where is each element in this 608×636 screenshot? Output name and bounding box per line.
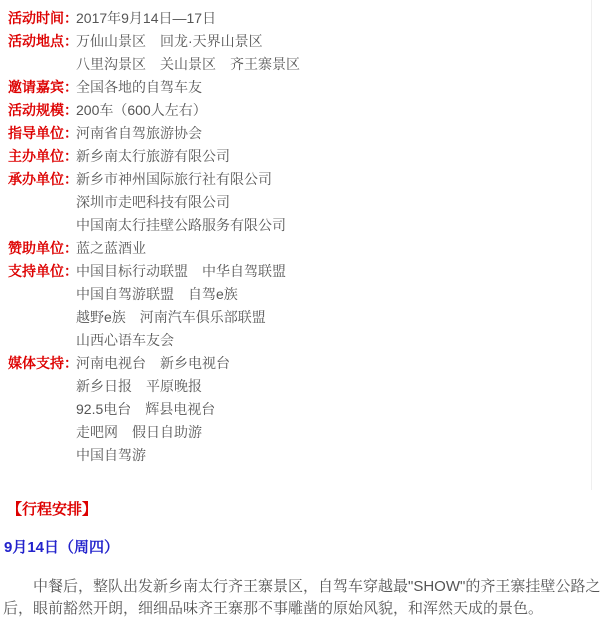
info-row: 走吧网 假日自助游 — [8, 421, 608, 444]
info-row-value: 新乡南太行旅游有限公司 — [76, 145, 230, 168]
info-row: 承办单位：新乡市神州国际旅行社有限公司 — [8, 168, 608, 191]
info-row: 活动规模：200车（600人左右） — [8, 99, 608, 122]
info-row-label: 活动时间： — [8, 7, 76, 30]
info-row: 赞助单位：蓝之蓝酒业 — [8, 237, 608, 260]
info-row-label: 指导单位： — [8, 122, 76, 145]
info-row: 中国自驾游 — [8, 444, 608, 467]
info-row-value: 河南省自驾旅游协会 — [76, 122, 202, 145]
day1-date-heading: 9月14日（周四） — [4, 538, 608, 558]
info-row-value: 中国南太行挂壁公路服务有限公司 — [76, 214, 286, 237]
info-row: 越野e族 河南汽车俱乐部联盟 — [8, 306, 608, 329]
info-row-value: 中国自驾游 — [76, 444, 146, 467]
info-row-value: 中国目标行动联盟 中华自驾联盟 — [76, 260, 286, 283]
info-row-value: 2017年9月14日—17日 — [76, 7, 216, 30]
info-row-label: 承办单位： — [8, 168, 76, 191]
info-row-value: 越野e族 河南汽车俱乐部联盟 — [76, 306, 266, 329]
event-info-list: 活动时间：2017年9月14日—17日活动地点：万仙山景区 回龙·天界山景区八里… — [0, 0, 608, 467]
info-row-value: 200车（600人左右） — [76, 99, 207, 122]
info-row: 山西心语车友会 — [8, 329, 608, 352]
info-row: 92.5电台 辉县电视台 — [8, 398, 608, 421]
itinerary-section-heading: 【行程安排】 — [7, 500, 608, 520]
info-row-value: 新乡日报 平原晚报 — [76, 375, 202, 398]
info-row-label: 邀请嘉宾： — [8, 76, 76, 99]
info-row: 邀请嘉宾：全国各地的自驾车友 — [8, 76, 608, 99]
day1-description-paragraph: 中餐后，整队出发新乡南太行齐王寨景区，自驾车穿越最"SHOW"的齐王寨挂壁公路之… — [0, 576, 608, 620]
info-row-value: 万仙山景区 回龙·天界山景区 — [76, 30, 263, 53]
info-row: 活动地点：万仙山景区 回龙·天界山景区 — [8, 30, 608, 53]
event-itinerary-page: 活动时间：2017年9月14日—17日活动地点：万仙山景区 回龙·天界山景区八里… — [0, 0, 608, 636]
info-row: 中国南太行挂壁公路服务有限公司 — [8, 214, 608, 237]
info-row-value: 中国自驾游联盟 自驾e族 — [76, 283, 238, 306]
info-row-value: 蓝之蓝酒业 — [76, 237, 146, 260]
info-row-value: 八里沟景区 关山景区 齐王寨景区 — [76, 53, 300, 76]
info-row-value: 山西心语车友会 — [76, 329, 174, 352]
info-row-value: 新乡市神州国际旅行社有限公司 — [76, 168, 272, 191]
info-row-label: 主办单位： — [8, 145, 76, 168]
info-row-value: 全国各地的自驾车友 — [76, 76, 202, 99]
info-row-value: 河南电视台 新乡电视台 — [76, 352, 230, 375]
info-row-label: 媒体支持： — [8, 352, 76, 375]
info-row: 活动时间：2017年9月14日—17日 — [8, 7, 608, 30]
info-row: 指导单位：河南省自驾旅游协会 — [8, 122, 608, 145]
right-border-line — [591, 0, 592, 490]
info-row-value: 走吧网 假日自助游 — [76, 421, 202, 444]
info-row: 八里沟景区 关山景区 齐王寨景区 — [8, 53, 608, 76]
info-row: 媒体支持：河南电视台 新乡电视台 — [8, 352, 608, 375]
info-row: 支持单位：中国目标行动联盟 中华自驾联盟 — [8, 260, 608, 283]
info-row-label: 赞助单位： — [8, 237, 76, 260]
info-row: 主办单位：新乡南太行旅游有限公司 — [8, 145, 608, 168]
info-row-label: 支持单位： — [8, 260, 76, 283]
info-row: 中国自驾游联盟 自驾e族 — [8, 283, 608, 306]
info-row: 深圳市走吧科技有限公司 — [8, 191, 608, 214]
info-row-value: 深圳市走吧科技有限公司 — [76, 191, 230, 214]
info-row-label: 活动地点： — [8, 30, 76, 53]
info-row-label: 活动规模： — [8, 99, 76, 122]
info-row-value: 92.5电台 辉县电视台 — [76, 398, 215, 421]
info-row: 新乡日报 平原晚报 — [8, 375, 608, 398]
